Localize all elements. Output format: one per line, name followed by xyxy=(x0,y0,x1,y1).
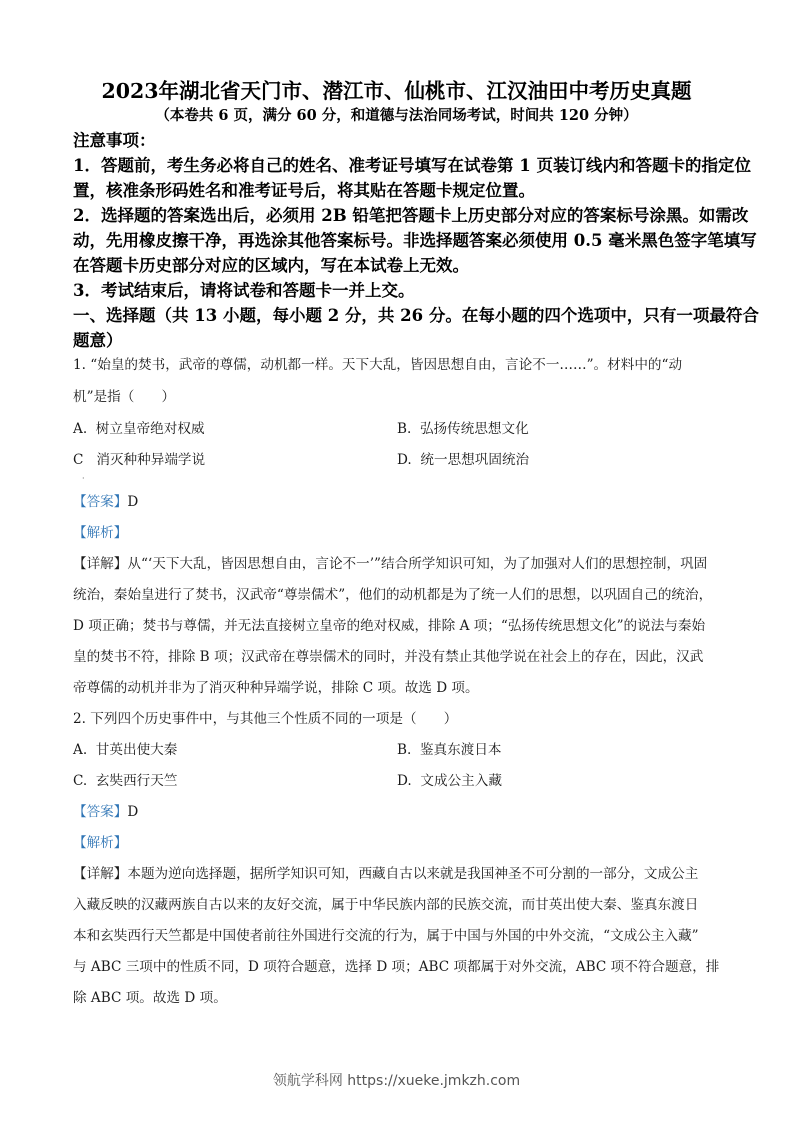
detail-text: 皇的焚书不符，排除 B 项；汉武帝在尊崇儒术的同时，并没有禁止其他学说在社会上的… xyxy=(73,648,703,666)
notice-line: 1．答题前，考生务必将自己的姓名、准考证号填写在试卷第 1 页装订线内和答题卡的… xyxy=(73,153,733,179)
option-b: B. 弘扬传统思想文化 xyxy=(397,420,529,438)
notice-line: 2．选择题的答案选出后，必须用 2B 铅笔把答题卡上历史部分对应的答案标号涂黑。… xyxy=(73,203,733,229)
option-c: C. 玄奘西行天竺 xyxy=(73,772,177,790)
stray-mark: · xyxy=(82,474,85,483)
option-text: 消灭种种异端学说 xyxy=(96,452,205,468)
detail-text: 从“‘天下大乱，皆因思想自由，言论不一’”结合所学知识可知，为了加强对人们的思想… xyxy=(127,556,707,572)
option-label: A. xyxy=(73,742,87,758)
detail-line: 【详解】本题为逆向选择题，据所学知识可知，西藏自古以来就是我国神圣不可分割的一部… xyxy=(73,865,698,883)
option-a: A. 甘英出使大秦 xyxy=(73,741,177,759)
detail-text: D 项正确；焚书与尊儒，并无法直接树立皇帝的绝对权威，排除 A 项；“弘扬传统思… xyxy=(73,617,705,635)
option-label: D. xyxy=(397,452,412,468)
option-text: 统一思想巩固统治 xyxy=(420,452,529,468)
answer-line: 【答案】D xyxy=(73,803,138,821)
notice-line: 3．考试结束后，请将试卷和答题卡一并上交。 xyxy=(73,278,733,304)
analysis-tag: 【解析】 xyxy=(73,835,127,851)
option-label: B. xyxy=(397,421,411,437)
analysis-line: 【解析】 xyxy=(73,524,127,542)
section-heading: 题意） xyxy=(73,328,733,354)
footer-watermark: 领航学科网 https://xueke.jmkzh.com xyxy=(0,1070,793,1090)
answer-tag: 【答案】 xyxy=(73,804,127,820)
section-heading: 一、选择题（共 13 小题，每小题 2 分，共 26 分。在每小题的四个选项中，… xyxy=(73,303,733,329)
option-a: A. 树立皇帝绝对权威 xyxy=(73,420,205,438)
option-text: 弘扬传统思想文化 xyxy=(420,421,529,437)
notice-line: 动，先用橡皮擦干净，再选涂其他答案标号。非选择题答案必须使用 0.5 毫米黑色签… xyxy=(73,228,733,254)
answer-value: D xyxy=(127,804,138,820)
option-label: D. xyxy=(397,773,412,789)
answer-line: 【答案】D xyxy=(73,493,138,511)
analysis-line: 【解析】 xyxy=(73,834,127,852)
question-stem: 2. 下列四个历史事件中，与其他三个性质不同的一项是（ ） xyxy=(73,710,457,728)
page-title: 2023年湖北省天门市、潜江市、仙桃市、江汉油田中考历史真题 xyxy=(0,74,793,104)
option-d: D. 统一思想巩固统治 xyxy=(397,451,529,469)
analysis-tag: 【解析】 xyxy=(73,525,127,541)
detail-text: 入藏反映的汉藏两族自古以来的友好交流，属于中华民族内部的民族交流，而甘英出使大秦… xyxy=(73,896,698,914)
detail-text: 本题为逆向选择题，据所学知识可知，西藏自古以来就是我国神圣不可分割的一部分，文成… xyxy=(127,866,698,882)
question-stem: 机”是指（ ） xyxy=(73,388,175,406)
detail-line: 【详解】从“‘天下大乱，皆因思想自由，言论不一’”结合所学知识可知，为了加强对人… xyxy=(73,555,707,573)
detail-text: 本和玄奘西行天竺都是中国使者前往外国进行交流的行为，属于中国与外国的中外交流，“… xyxy=(73,927,699,945)
option-c: C 消灭种种异端学说 xyxy=(73,451,205,469)
option-text: 树立皇帝绝对权威 xyxy=(96,421,205,437)
option-text: 文成公主入藏 xyxy=(420,773,502,789)
notice-line: 置，核准条形码姓名和准考证号后，将其贴在答题卡规定位置。 xyxy=(73,178,733,204)
option-d: D. 文成公主入藏 xyxy=(397,772,502,790)
option-text: 鉴真东渡日本 xyxy=(420,742,502,758)
detail-text: 与 ABC 三项中的性质不同，D 项符合题意，选择 D 项；ABC 项都属于对外… xyxy=(73,958,719,976)
answer-tag: 【答案】 xyxy=(73,494,127,510)
document-page: 2023年湖北省天门市、潜江市、仙桃市、江汉油田中考历史真题 （本卷共 6 页，… xyxy=(0,0,793,1122)
option-text: 玄奘西行天竺 xyxy=(96,773,178,789)
option-label: A. xyxy=(73,421,87,437)
option-label: B. xyxy=(397,742,411,758)
option-b: B. 鉴真东渡日本 xyxy=(397,741,502,759)
detail-text: 帝尊儒的动机并非为了消灭种种异端学说，排除 C 项。故选 D 项。 xyxy=(73,679,479,697)
detail-text: 除 ABC 项。故选 D 项。 xyxy=(73,989,227,1007)
question-stem: 1. “始皇的焚书，武帝的尊儒，动机都一样。天下大乱，皆因思想自由，言论不一……… xyxy=(73,356,682,374)
notice-heading: 注意事项： xyxy=(73,128,733,154)
option-label: C xyxy=(73,452,83,468)
option-label: C. xyxy=(73,773,87,789)
notice-line: 在答题卡历史部分对应的区域内，写在本试卷上无效。 xyxy=(73,253,733,279)
detail-text: 统治，秦始皇进行了焚书，汉武帝“尊崇儒术”，他们的动机都是为了统一人们的思想，以… xyxy=(73,586,712,604)
detail-tag: 【详解】 xyxy=(73,556,127,572)
detail-tag: 【详解】 xyxy=(73,866,127,882)
option-text: 甘英出使大秦 xyxy=(96,742,178,758)
answer-value: D xyxy=(127,494,138,510)
page-subtitle: （本卷共 6 页，满分 60 分，和道德与法治同场考试，时间共 120 分钟） xyxy=(0,104,793,125)
